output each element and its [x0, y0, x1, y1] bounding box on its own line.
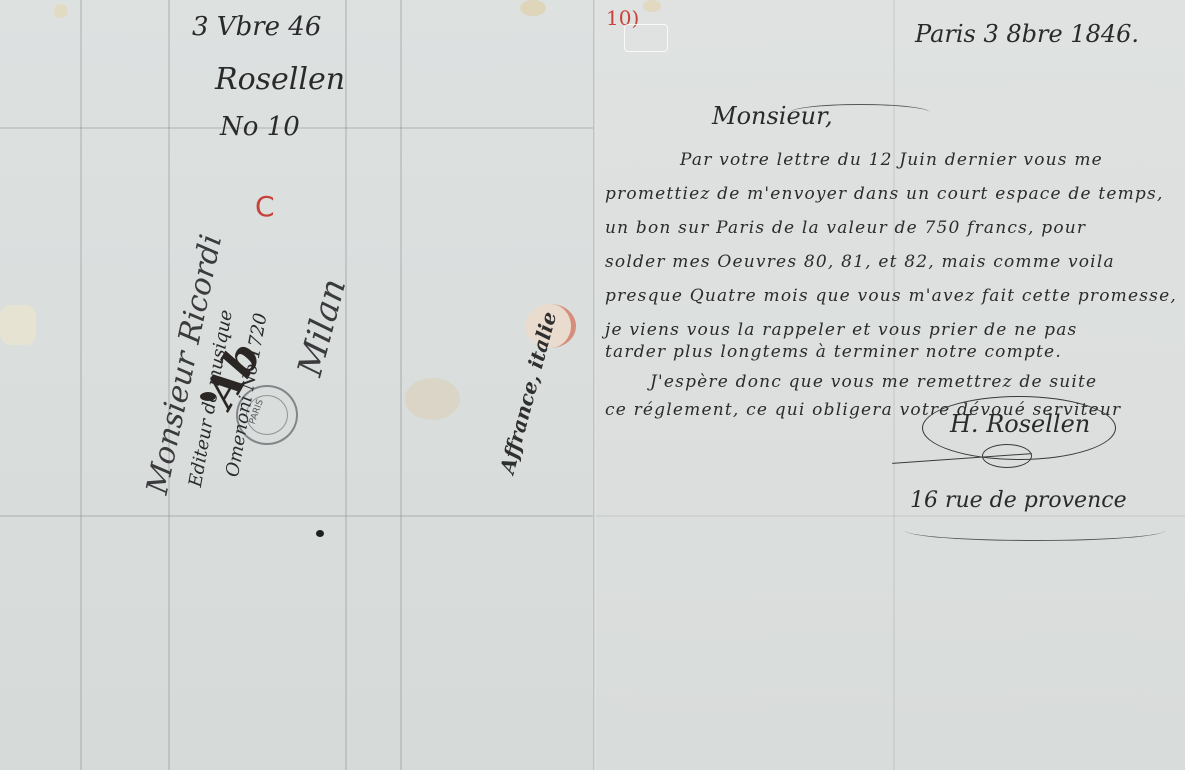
- stain: [405, 378, 460, 420]
- postmark-stamp: PARIS: [236, 385, 298, 445]
- fold-line: [345, 0, 347, 770]
- fold-line: [594, 515, 1185, 517]
- stain: [520, 0, 546, 16]
- docket-name: Rosellen: [215, 62, 345, 97]
- letter-line: je viens vous la rappeler et vous prier …: [605, 320, 1077, 340]
- docket-date: 3 Vbre 46: [192, 12, 321, 42]
- salutation-flourish: [790, 104, 930, 121]
- signature: H. Rosellen: [950, 410, 1090, 438]
- letter-line: solder mes Oeuvres 80, 81, et 82, mais c…: [605, 252, 1115, 272]
- fold-line: [80, 0, 82, 770]
- address-underline: [905, 520, 1165, 541]
- letter-line: tarder plus longtems à terminer notre co…: [605, 342, 1062, 362]
- docket-number: No 10: [220, 112, 300, 142]
- page-gutter: [593, 0, 596, 770]
- stain: [643, 0, 661, 12]
- red-postal-mark: C: [255, 190, 275, 223]
- letter-line: presque Quatre mois que vous m'avez fait…: [605, 286, 1177, 306]
- stain: [54, 4, 68, 18]
- sender-address: 16 rue de provence: [910, 488, 1127, 513]
- fold-line: [0, 515, 594, 517]
- letter-line: J'espère donc que vous me remettrez de s…: [650, 372, 1097, 392]
- ink-spot: [316, 530, 324, 537]
- letter-line: un bon sur Paris de la valeur de 750 fra…: [605, 218, 1086, 238]
- seal-impression: [0, 305, 36, 345]
- letter-line: Par votre lettre du 12 Juin dernier vous…: [680, 150, 1103, 170]
- fold-line: [400, 0, 402, 770]
- embossed-stamp: [624, 24, 668, 52]
- letter-line: promettiez de m'envoyer dans un court es…: [605, 184, 1164, 204]
- dateline: Paris 3 8bre 1846.: [915, 20, 1139, 48]
